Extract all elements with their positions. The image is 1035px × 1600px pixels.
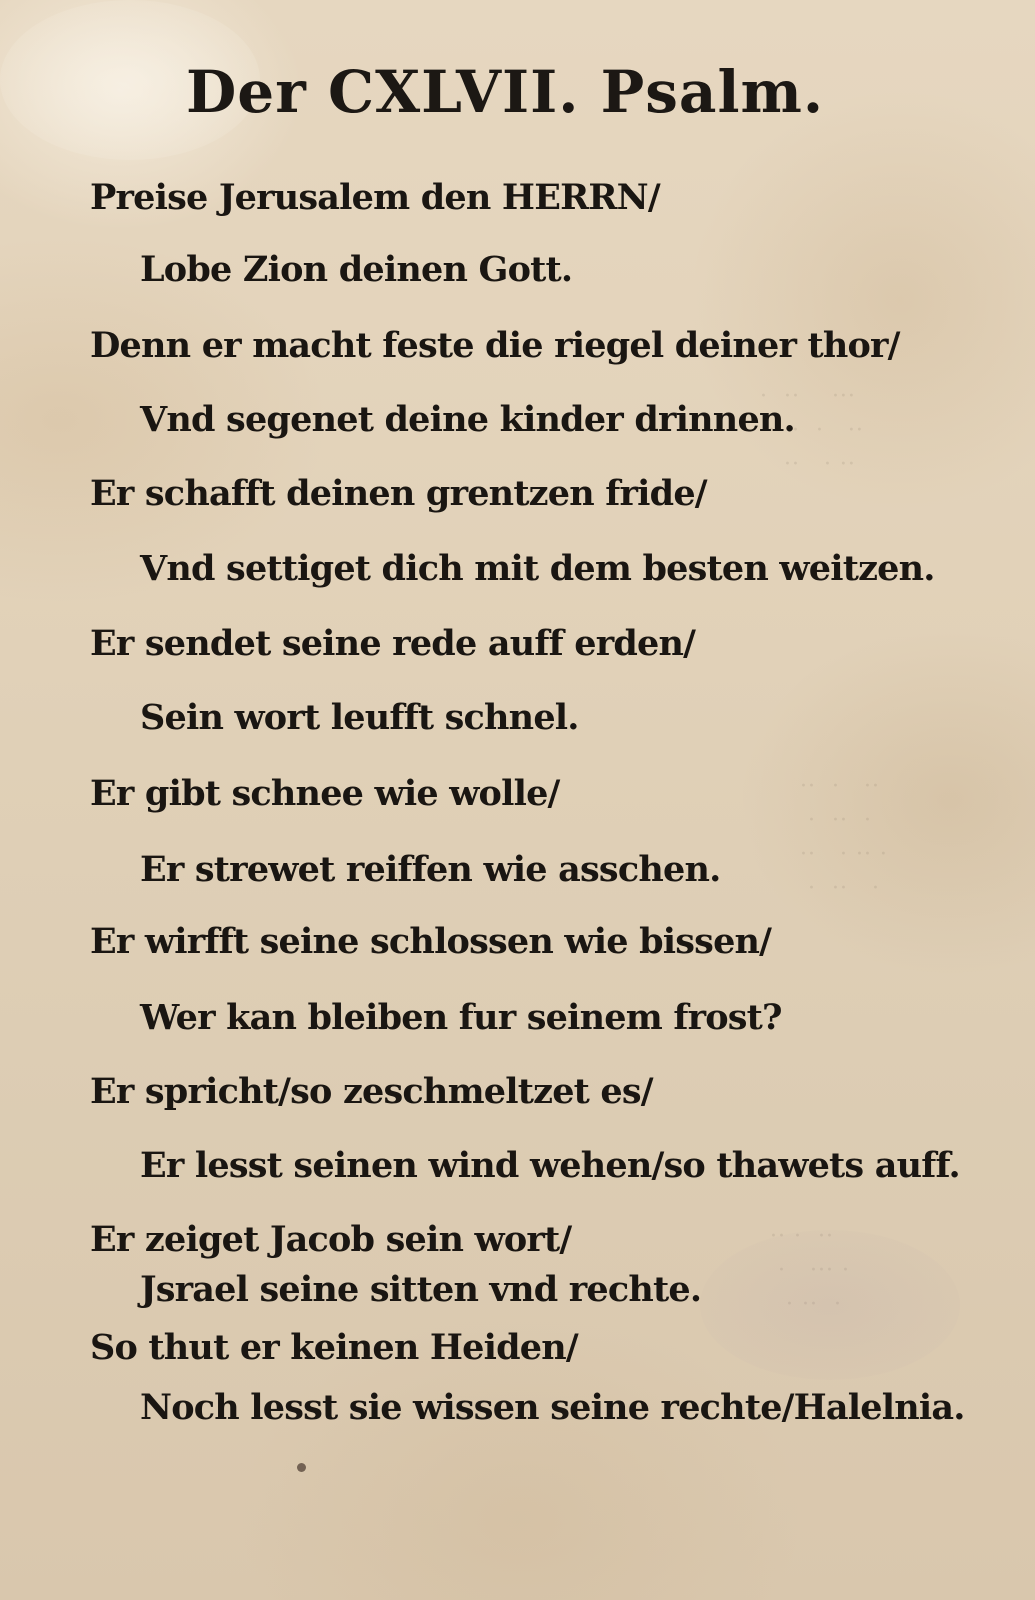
- response-line: Vnd settiget dich mit dem besten weitzen…: [140, 545, 935, 593]
- response-line: Er strewet reiffen wie asschen.: [140, 846, 720, 894]
- verse-line: Er wirfft seine schlossen wie bissen/: [90, 918, 771, 966]
- verse-line: Preise Jerusalem den HERRN/: [90, 174, 660, 222]
- response-line: Wer kan bleiben fur seinem frost?: [140, 994, 782, 1042]
- response-line: Vnd segenet deine kinder drinnen.: [140, 396, 795, 444]
- response-line: Lobe Zion deinen Gott.: [140, 246, 572, 294]
- response-line: Jsrael seine sitten vnd rechte.: [140, 1266, 701, 1314]
- verse-line: Er gibt schnee wie wolle/: [90, 770, 560, 818]
- response-line: Noch lesst sie wissen seine rechte/Halel…: [140, 1384, 965, 1432]
- verse-line: Er sendet seine rede auff erden/: [90, 620, 695, 668]
- show-through-text: ·· · ·· · ·· · ·· · ·· · · ·· ·: [800, 770, 888, 906]
- verse-line: Er spricht/so zeschmeltzet es/: [90, 1068, 653, 1116]
- verse-line: Er schafft deinen grentzen fride/: [90, 470, 707, 518]
- document-page: · ·· ··· ·· · · ·· ·· · ·· ·· · ·· · ·· …: [0, 0, 1035, 1600]
- verse-line: So thut er keinen Heiden/: [90, 1324, 578, 1372]
- paper-stain: [700, 1230, 960, 1380]
- response-line: Er lesst seinen wind wehen/so thawets au…: [140, 1142, 960, 1190]
- page-title: Der CXLVII. Psalm.: [186, 52, 916, 132]
- show-through-text: ·· · ·· · ··· · · ·· ·: [770, 1220, 850, 1322]
- ink-speck: [297, 1463, 306, 1472]
- verse-line: Denn er macht feste die riegel deiner th…: [90, 322, 900, 370]
- verse-line: Er zeiget Jacob sein wort/: [90, 1216, 571, 1264]
- response-line: Sein wort leufft schnel.: [140, 694, 579, 742]
